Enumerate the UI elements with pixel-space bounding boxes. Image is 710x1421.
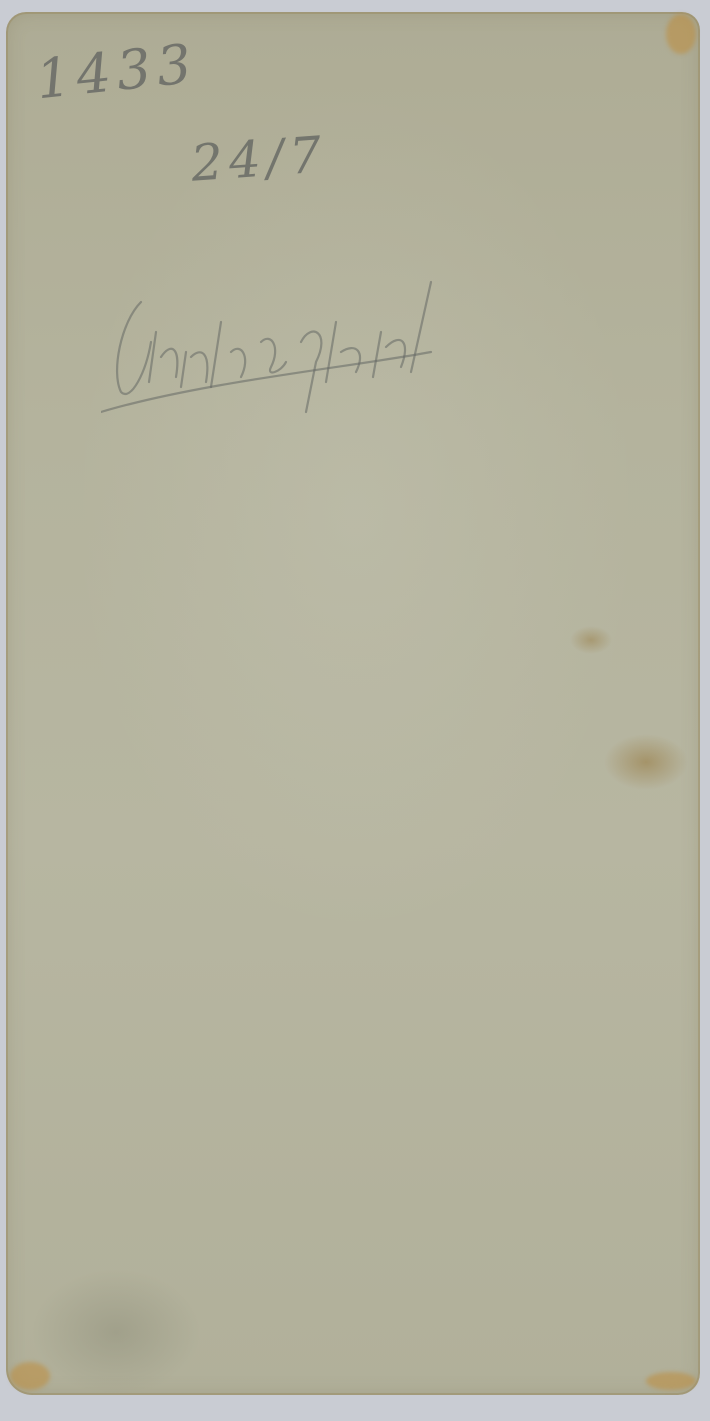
corner-wear-top-right	[666, 14, 696, 54]
handwritten-date: 24/7	[189, 125, 329, 192]
card-back: 1433 24/7	[6, 12, 700, 1395]
pencil-signature	[101, 262, 521, 422]
corner-wear-bottom-right	[646, 1372, 696, 1390]
handwritten-number: 1433	[33, 32, 200, 112]
corner-wear-bottom-left	[10, 1362, 50, 1390]
